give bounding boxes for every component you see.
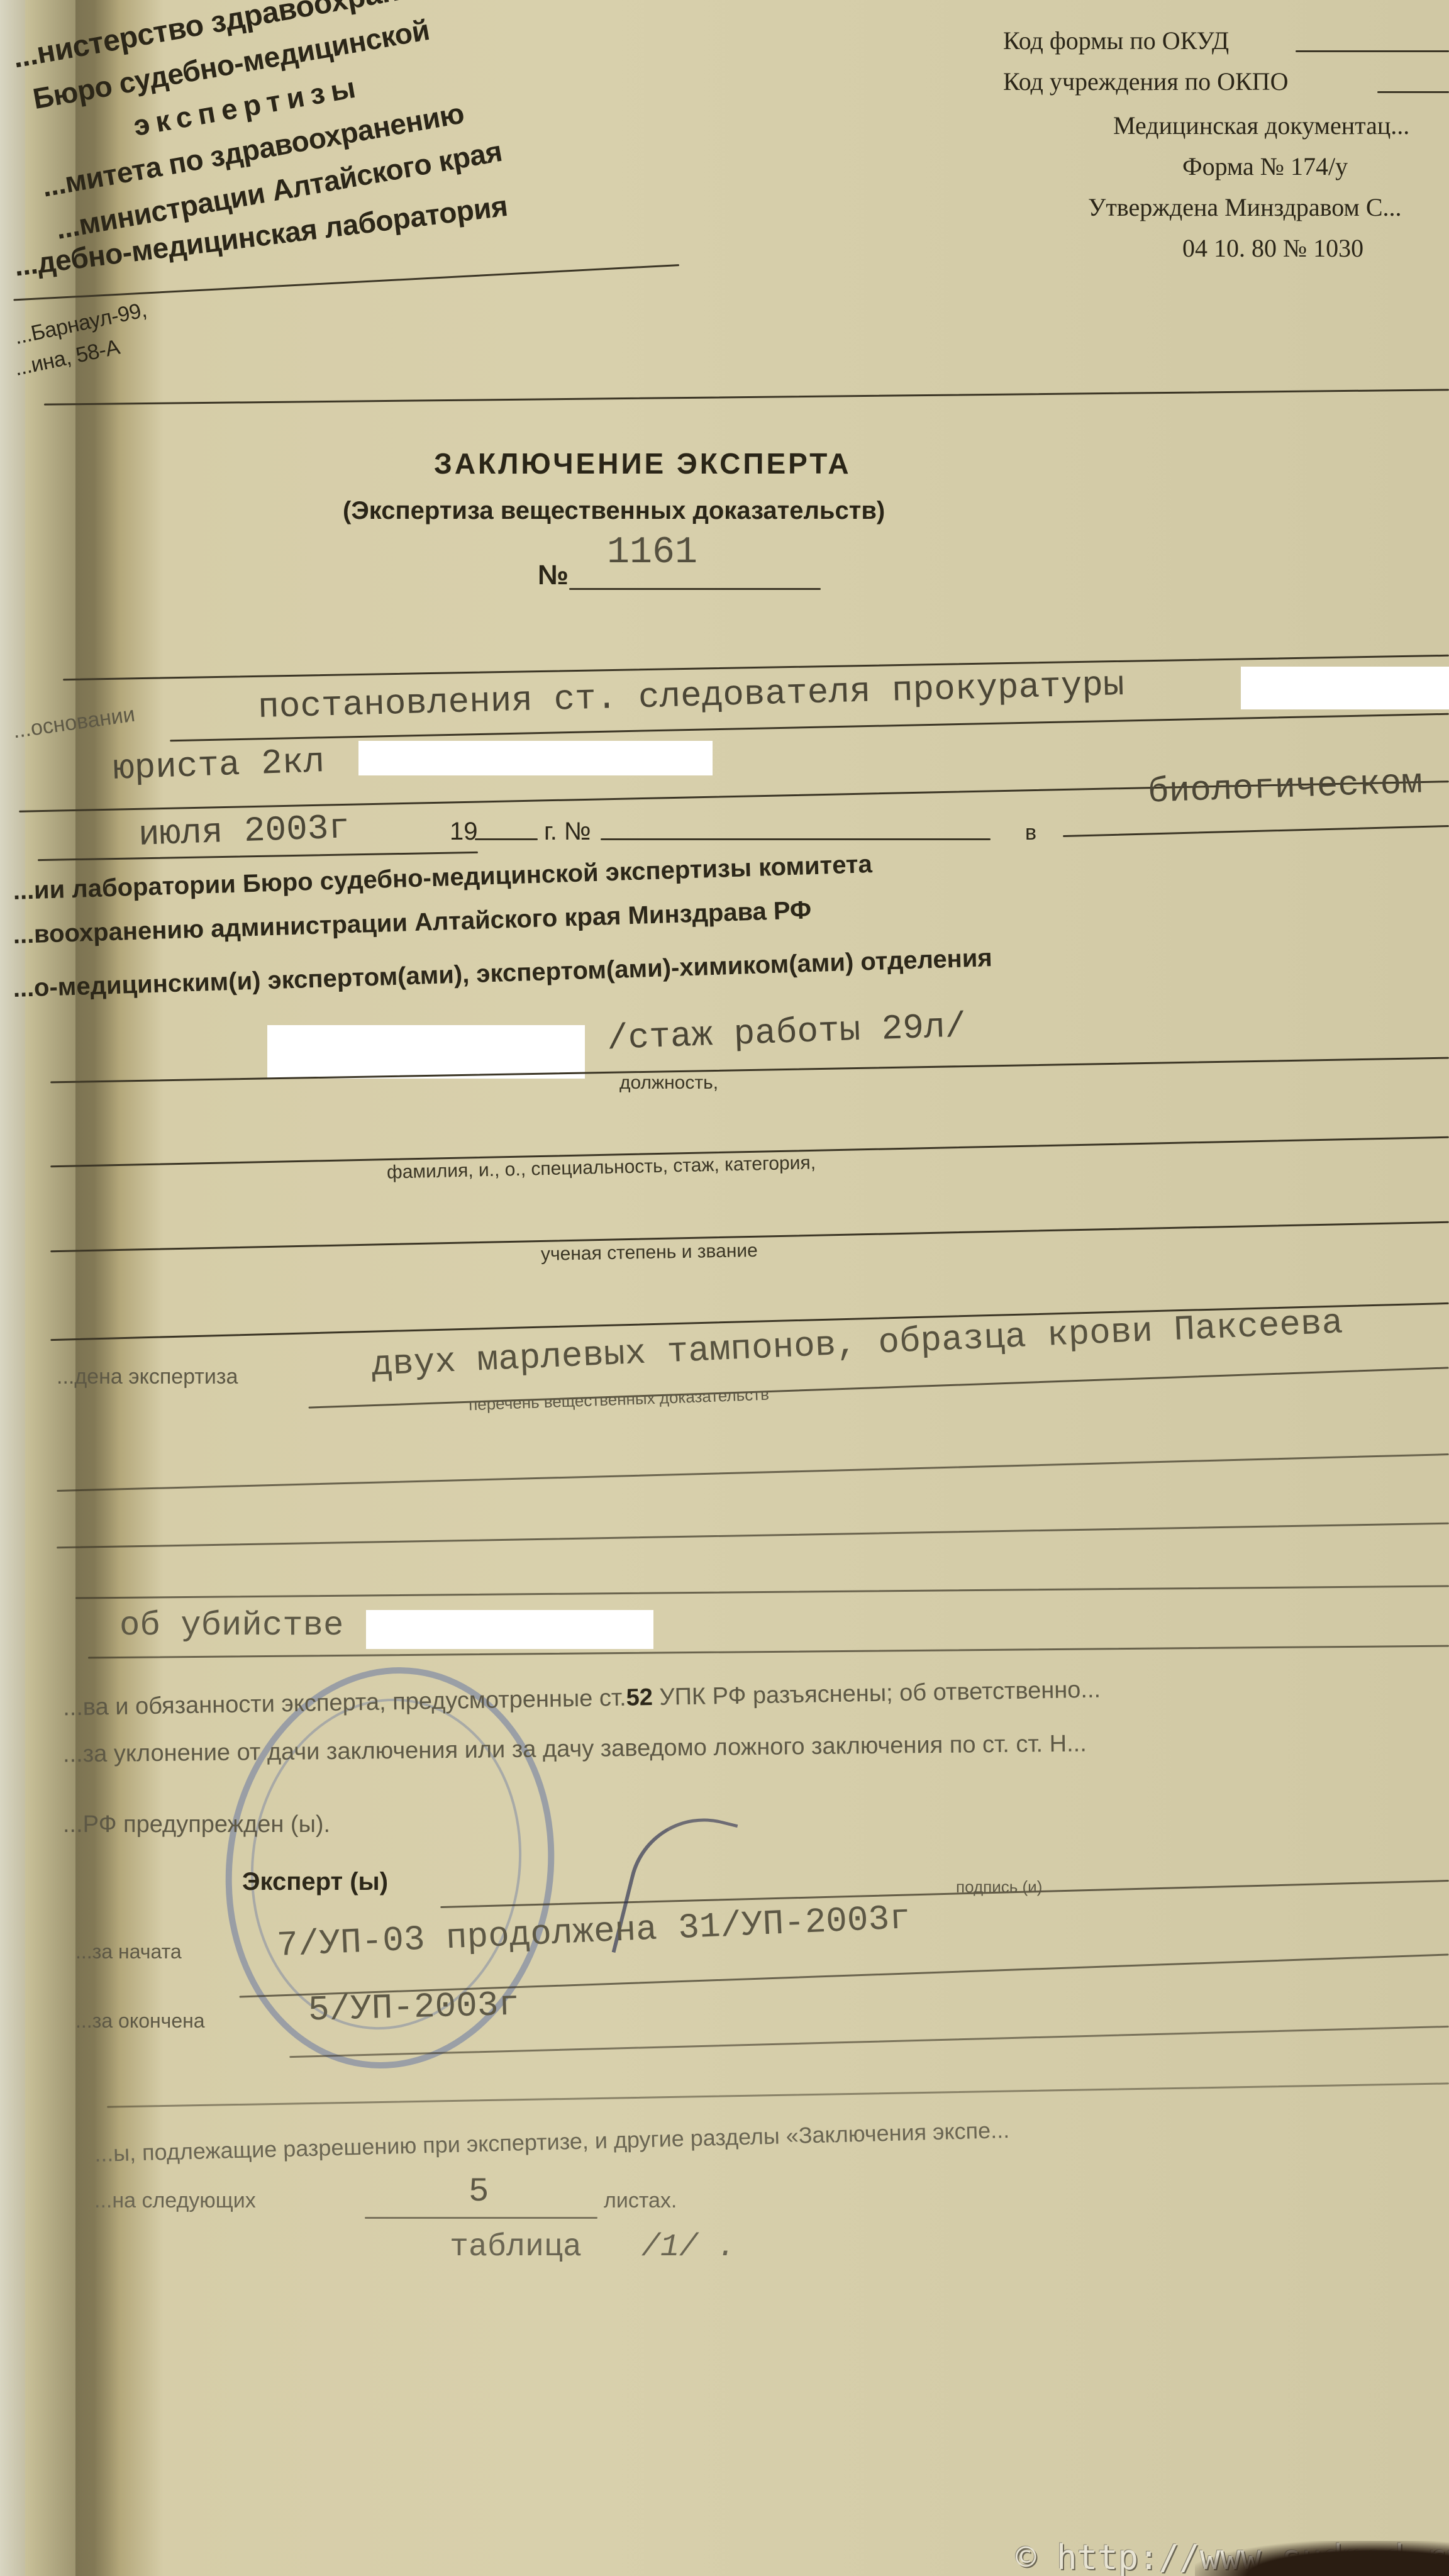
expert-signature-label: Эксперт (ы)	[242, 1868, 388, 1896]
okud-label: Код формы по ОКУД	[1003, 28, 1229, 53]
year-suffix: г. №	[544, 818, 591, 846]
basis-date: июля 2003г	[138, 808, 350, 855]
conclusion-number: 1161	[607, 531, 697, 574]
basis-line-2: юриста 2кл	[113, 741, 325, 789]
number-underline	[569, 588, 821, 590]
decree-number-field	[601, 838, 991, 840]
document-subtitle: (Экспертиза вещественных доказательств)	[343, 497, 885, 525]
case-typed: об убийстве	[119, 1607, 343, 1645]
approved-by: Утверждена Минздравом С...	[1088, 195, 1402, 220]
finished-value: 5/УП-2003г	[308, 1985, 520, 2031]
table-label: таблица	[450, 2229, 582, 2265]
redaction-investigator-location	[1241, 667, 1449, 709]
sheets-underline	[365, 2217, 597, 2219]
document-title: ЗАКЛЮЧЕНИЕ ЭКСПЕРТА	[434, 447, 852, 480]
redaction-investigator-name	[358, 741, 713, 775]
redaction-victim-name	[366, 1610, 653, 1649]
rights-line-2-end: за дачу заведомо ложного заключения по с…	[512, 1730, 1087, 1763]
evidence-label: ...дена экспертиза	[57, 1365, 238, 1389]
okpo-field	[1377, 91, 1449, 93]
rights-article: 52	[626, 1684, 653, 1711]
finished-label: ...за окончена	[75, 2009, 205, 2033]
year-prefix: 19	[450, 818, 478, 846]
approval-date: 04 10. 80 № 1030	[1182, 236, 1363, 261]
started-label: ...за начата	[75, 1940, 182, 1963]
okud-field	[1296, 50, 1449, 52]
year-field	[475, 838, 538, 840]
form-number: Форма № 174/у	[1182, 154, 1348, 179]
number-label: №	[538, 560, 569, 591]
in-label: в	[1025, 821, 1036, 845]
signature-caption: подпись (и)	[956, 1877, 1042, 1897]
bottom-shadow	[1195, 2541, 1449, 2576]
sheets-count: 5	[469, 2173, 489, 2211]
rights-line-3: ...РФ предупрежден (ы).	[63, 1811, 330, 1838]
caption-position: должность,	[619, 1072, 718, 1094]
table-mark: /1/ .	[641, 2229, 736, 2265]
sheets-suffix: листах.	[604, 2189, 677, 2213]
doc-type: Медицинская документац...	[1113, 113, 1409, 138]
rights-line-2-start: ...за уклонение от дачи заключения или	[63, 1736, 506, 1767]
caption-degree: ученая степень и звание	[541, 1240, 758, 1265]
book-gutter	[0, 0, 25, 2576]
okpo-label: Код учреждения по ОКПО	[1003, 69, 1288, 94]
sheets-prefix: ...на следующих	[94, 2189, 256, 2213]
redaction-expert-name	[267, 1025, 585, 1079]
